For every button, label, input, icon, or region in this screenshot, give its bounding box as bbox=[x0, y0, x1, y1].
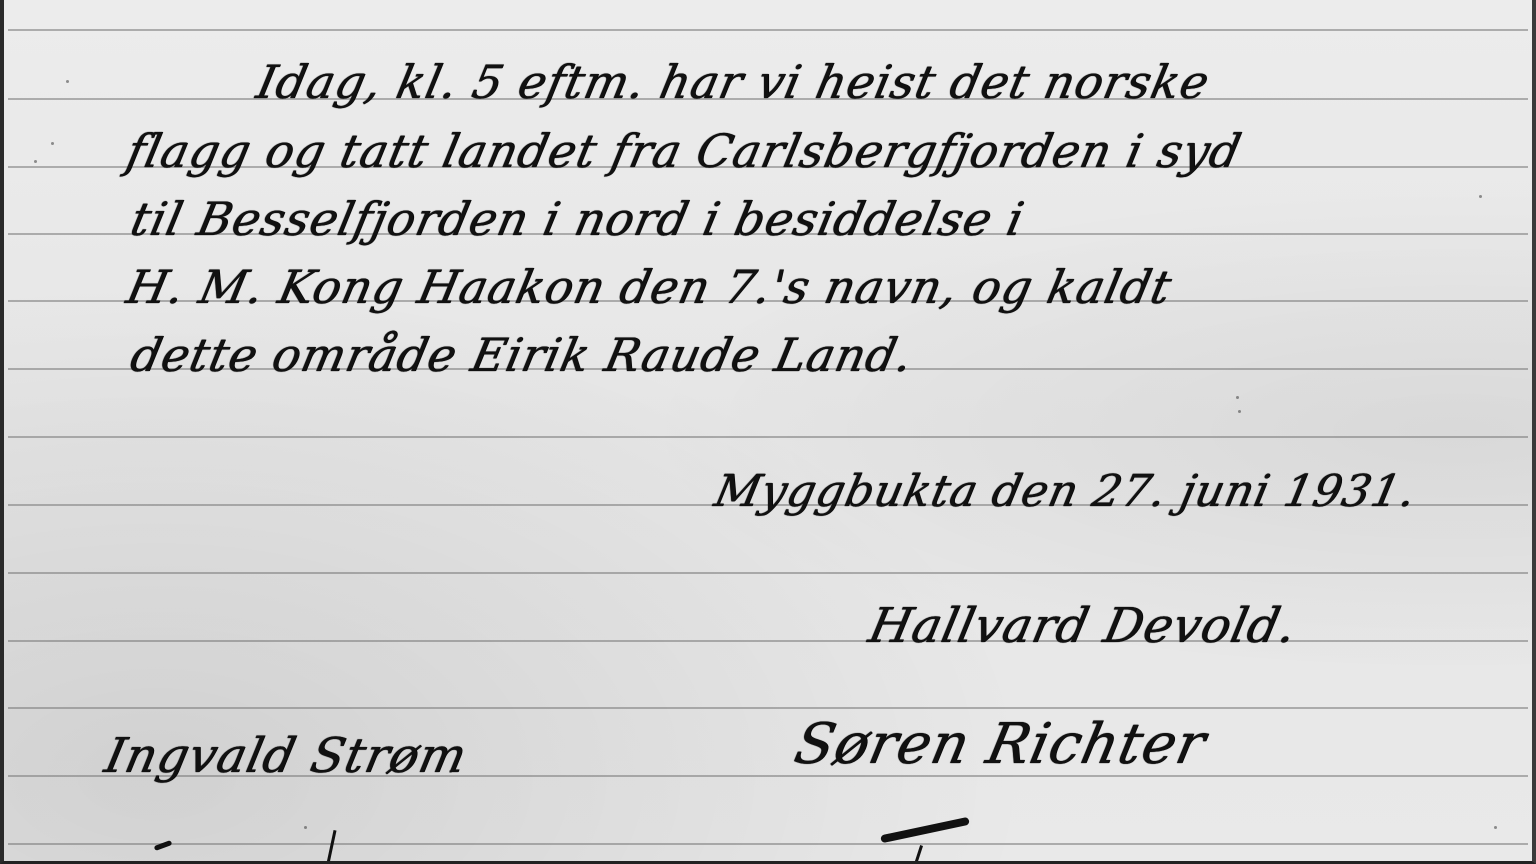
ruled-line bbox=[8, 843, 1528, 845]
document-page: Idag, kl. 5 eftm. har vi heist det norsk… bbox=[0, 0, 1536, 864]
paper-speck bbox=[1494, 826, 1497, 829]
signature-hallvard-devold: Hallvard Devold. bbox=[864, 598, 1302, 654]
body-line-5: dette område Eirik Raude Land. bbox=[126, 328, 918, 382]
cutoff-ink-stroke bbox=[880, 817, 970, 844]
paper-speck bbox=[304, 826, 307, 829]
body-line-4: H. M. Kong Haakon den 7.'s navn, og kald… bbox=[122, 260, 1177, 314]
paper-speck bbox=[1479, 195, 1482, 198]
paper-speck bbox=[34, 160, 37, 163]
paper-speck bbox=[51, 142, 54, 145]
paper-speck bbox=[1238, 410, 1241, 413]
ruled-line bbox=[8, 436, 1528, 438]
cutoff-ink-stroke bbox=[326, 830, 336, 864]
body-line-3: til Besselfjorden i nord i besiddelse i bbox=[126, 192, 1029, 246]
cutoff-ink-stroke bbox=[154, 840, 173, 851]
paper-speck bbox=[1236, 396, 1239, 399]
body-line-1: Idag, kl. 5 eftm. har vi heist det norsk… bbox=[252, 55, 1215, 109]
place-date: Myggbukta den 27. juni 1931. bbox=[710, 466, 1421, 517]
body-line-2: flagg og tatt landet fra Carlsbergfjorde… bbox=[122, 124, 1246, 178]
ruled-line bbox=[8, 29, 1528, 31]
signature-ingvald-strom: Ingvald Strøm bbox=[100, 728, 472, 784]
signature-soren-richter: Søren Richter bbox=[789, 712, 1212, 777]
ruled-line bbox=[8, 640, 1528, 642]
paper-speck bbox=[66, 80, 69, 83]
ruled-line bbox=[8, 572, 1528, 574]
ruled-line bbox=[8, 707, 1528, 709]
cutoff-ink-stroke bbox=[914, 845, 923, 864]
